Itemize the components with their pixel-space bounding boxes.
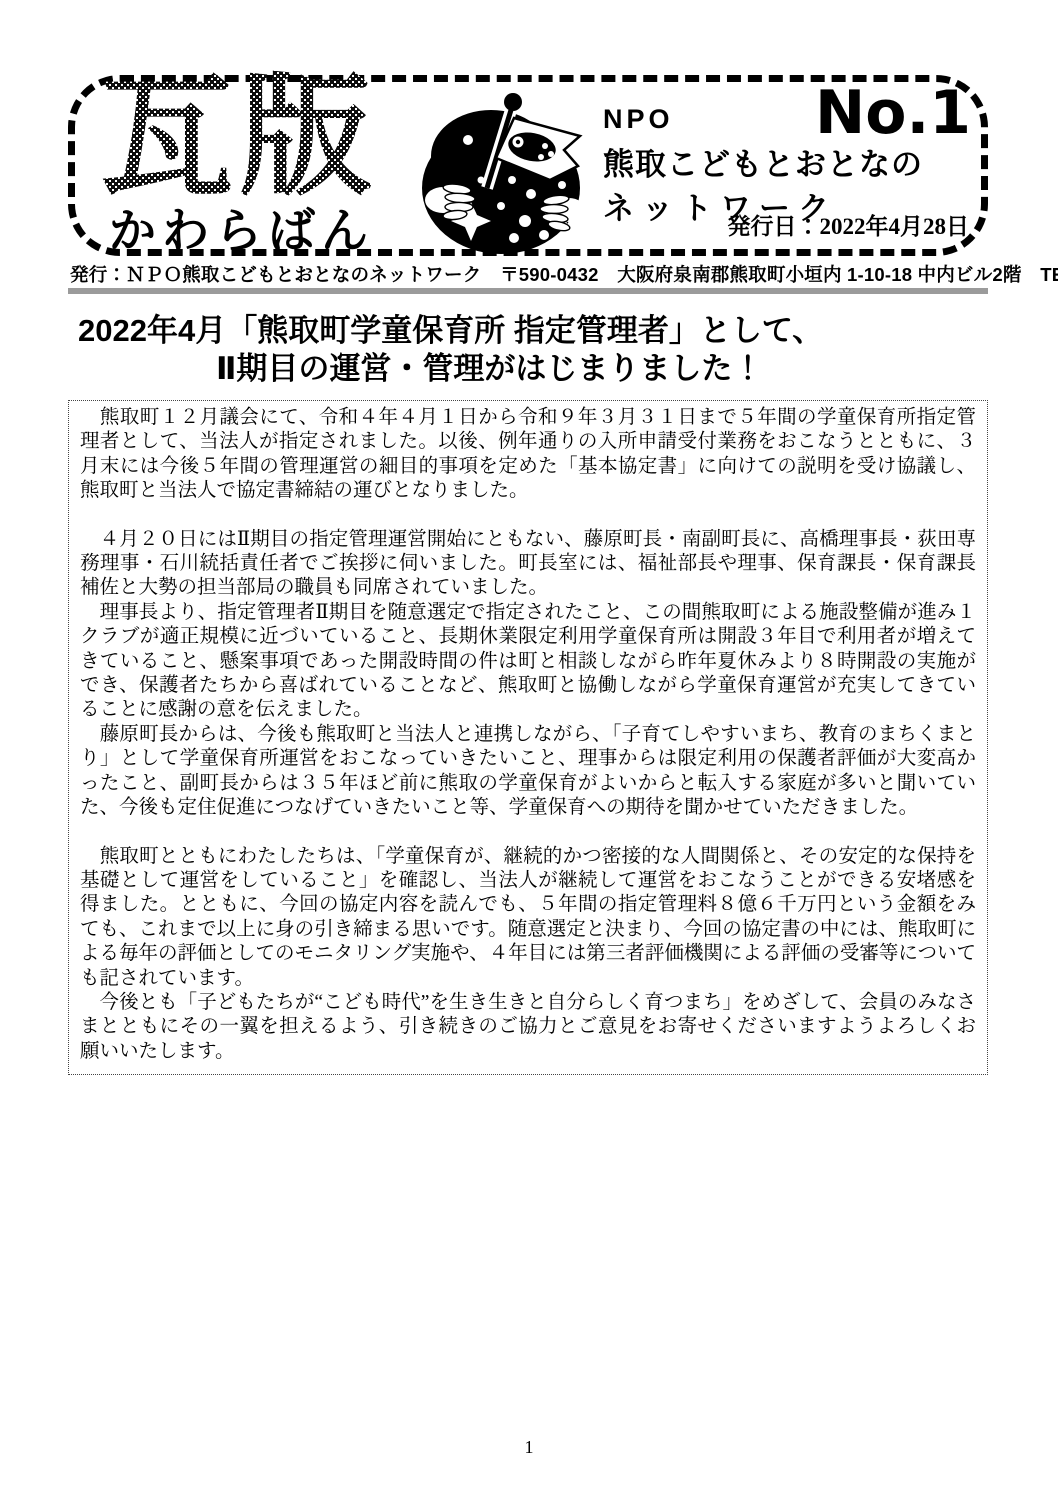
article-body-box: 熊取町１２月議会にて、令和４年４月１日から令和９年３月３１日まで５年間の学童保育… [68,400,988,1075]
paragraph: 熊取町とともにわたしたちは、「学童保育が、継続的かつ密接的な人間関係と、その安定… [80,845,976,991]
article-title: 2022年4月「熊取町学童保育所 指定管理者」として、 Ⅱ期目の運営・管理がはじ… [78,312,1008,388]
masthead: 瓦版 かわらばん [68,75,988,256]
article-title-line1: 2022年4月「熊取町学童保育所 指定管理者」として、 [78,312,1008,350]
paragraph: 理事長より、指定管理者Ⅱ期目を随意選定で指定されたこと、この間熊取町による施設整… [80,601,976,723]
paragraph: 藤原町長からは、今後も熊取町と当法人と連携しながら、「子育てしやすいまち、教育の… [80,723,976,821]
divider-rule [68,288,988,294]
article-title-line2: Ⅱ期目の運営・管理がはじまりました！ [78,350,1008,388]
paragraph: 熊取町１２月議会にて、令和４年４月１日から令和９年３月３１日まで５年間の学童保育… [80,406,976,504]
paragraph: ４月２０日にはⅡ期目の指定管理運営開始にともない、藤原町長・南副町長に、高橋理事… [80,528,976,601]
paragraph: 今後とも「子どもたちが“こども時代”を生き生きと自分らしく育つまち」をめざして、… [80,991,976,1064]
page-number: 1 [0,1437,1058,1458]
issue-number: No.1 [815,78,971,148]
newsletter-logo-subtitle: かわらばん [109,194,374,261]
publisher-line: 発行：ＮＰＯ熊取こどもとおとなのネットワーク 〒590-0432 大阪府泉南郡熊… [70,261,990,287]
koinobori-mascot-icon [413,84,585,260]
org-prefix: NPO [603,104,674,135]
issue-date: 発行日：2022年4月28日 [728,208,970,241]
newsletter-page: 瓦版 かわらばん [0,0,1058,1497]
